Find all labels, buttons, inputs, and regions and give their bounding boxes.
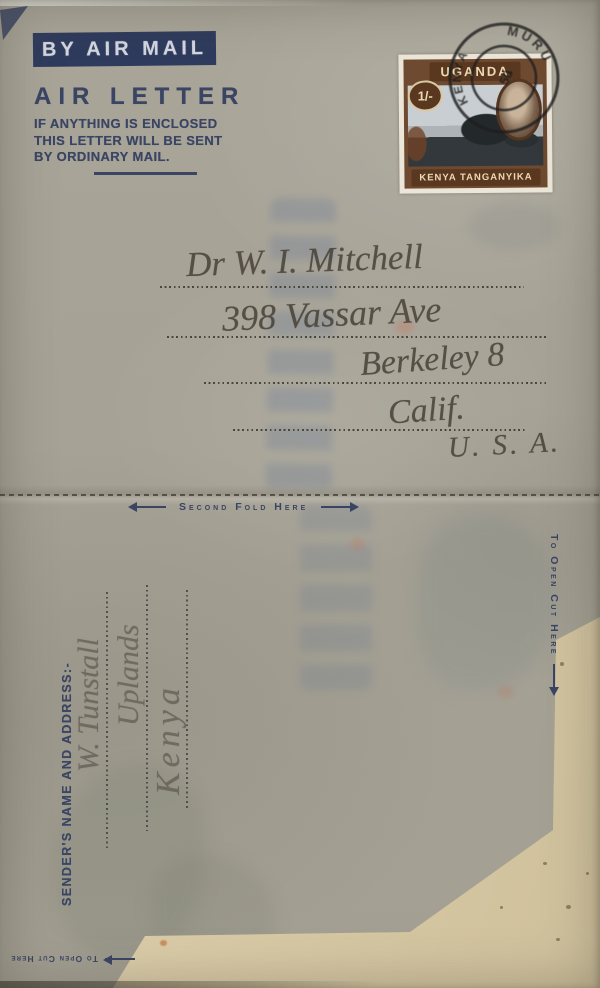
second-fold-instruction: Second Fold Here [130,501,357,513]
air-letter-scan: BY AIR MAIL AIR LETTER IF ANYTHING IS EN… [0,0,600,988]
rust-spot [160,940,167,946]
by-air-mail-label: BY AIR MAIL [42,37,207,62]
cut-here-bottom-label: To Open Cut Here [10,955,98,965]
scan-edge-top [0,0,360,6]
cut-here-bottom-instruction: To Open Cut Here [0,952,135,967]
recipient-state: Calif. [387,389,466,432]
enclosure-note-line2: THIS LETTER WILL BE SENT [34,133,222,150]
foxing-speck [556,938,560,941]
postmark-territory: KENYA [445,46,478,109]
pink-stain-3 [498,686,514,698]
arrow-left-icon [130,506,166,508]
sender-country: Kenya [150,683,188,795]
address-rule-1 [160,286,524,288]
stamp-country-bottom: KENYA TANGANYIKA [411,168,540,186]
air-letter-title: AIR LETTER [34,83,245,111]
fold-perforation-line [0,494,600,496]
cut-here-right-instruction: To Open Cut Here [545,534,563,694]
sender-name: W. Tunstall [72,638,106,772]
recipient-street: 398 Vassar Ave [221,288,442,340]
enclosure-note-line1: IF ANYTHING IS ENCLOSED [34,116,222,133]
cut-here-right-label: To Open Cut Here [548,534,560,656]
recipient-name: Dr W. I. Mitchell [185,237,423,285]
postmark-date: 50 [496,68,515,87]
second-fold-label: Second Fold Here [179,501,308,513]
svg-text:KENYA: KENYA [445,46,478,109]
recipient-country: U. S. A. [447,426,561,465]
showthrough-text-band-lower [300,505,372,690]
arrow-right-icon [321,506,357,508]
foxing-speck [500,906,503,909]
showthrough-blob [418,515,553,690]
arrow-icon-bottom [105,959,135,961]
scan-edge-bottom [0,981,380,988]
foxing-speck [566,905,571,909]
corner-ink-mark [0,6,32,42]
sender-town: Uplands [112,624,146,726]
foxing-speck [586,872,589,875]
recipient-city: Berkeley 8 [359,336,506,384]
enclosure-note-line3: BY ORDINARY MAIL. [34,149,222,166]
foxing-speck [543,862,547,865]
sender-rule-2 [146,585,148,831]
arrow-down-icon [553,664,555,694]
note-underline-rule [94,172,197,175]
by-air-mail-etiquette: BY AIR MAIL [33,31,216,67]
enclosure-note: IF ANYTHING IS ENCLOSED THIS LETTER WILL… [34,116,222,166]
postmark-cancel: LIMURU KENYA 50 [427,1,581,155]
ink-smudge [468,202,560,250]
pink-stain-2 [350,538,365,550]
sender-rule-1 [106,592,108,850]
